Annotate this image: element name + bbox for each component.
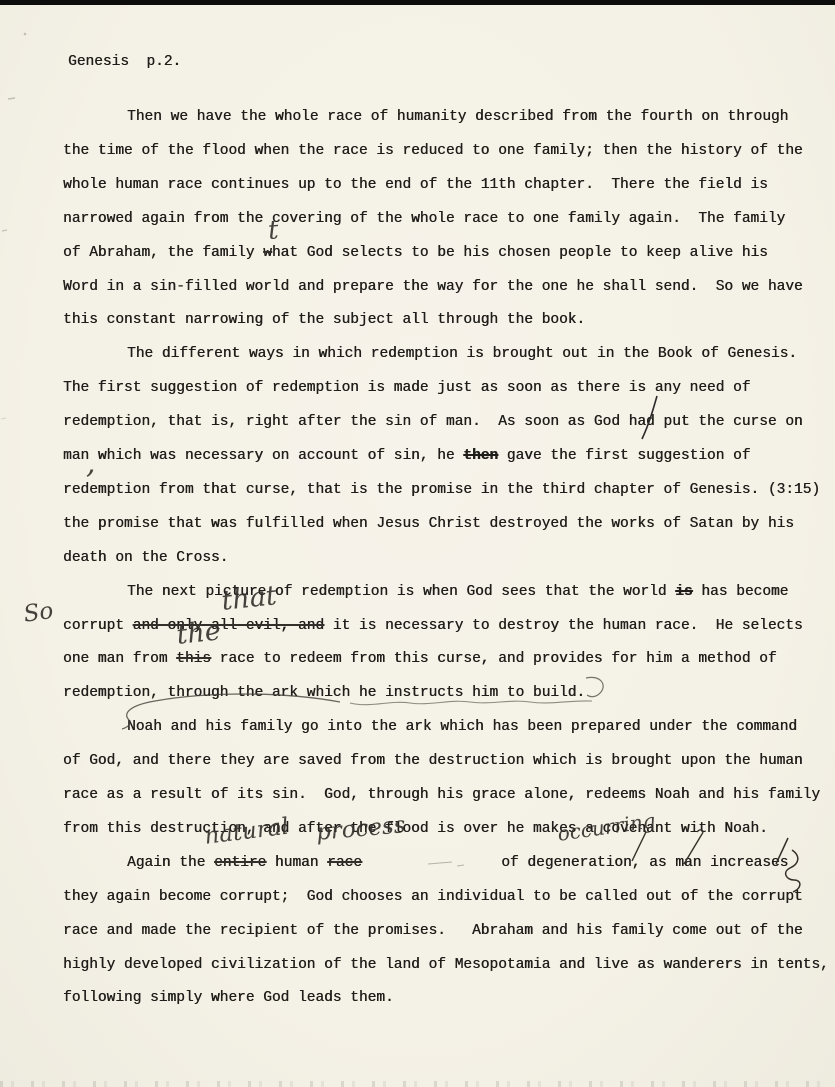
- typed-text: they again become corrupt; God chooses a…: [63, 889, 803, 905]
- typed-text: The next picture of redemption is when G…: [127, 584, 675, 600]
- typed-text: highly developed civilization of the lan…: [63, 957, 829, 973]
- typed-text: man which was necessary on account of si…: [63, 448, 463, 464]
- typed-line: of Abraham, the family what God selects …: [63, 242, 768, 264]
- margin-speck-marks: [1, 33, 26, 419]
- typed-text: one man from: [63, 651, 176, 667]
- typed-line: the promise that was fulfilled when Jesu…: [63, 513, 794, 535]
- typed-text: redemption, through the ark which he ins…: [63, 685, 585, 701]
- handwritten-comma-after-man: ,: [86, 446, 96, 481]
- scan-edge-bottom-noise: [0, 1081, 835, 1087]
- typed-text: from this destruction, and after the flo…: [63, 821, 768, 837]
- typed-line: The different ways in which redemption i…: [127, 343, 797, 365]
- typed-text: of Abraham, the family: [63, 245, 263, 261]
- typed-text: has become: [693, 584, 789, 600]
- typed-text: of degeneration, as man increases: [362, 855, 788, 871]
- typed-text: following simply where God leads them.: [63, 990, 394, 1006]
- scanned-typewritten-page: Genesis p.2. Then we have the whole race…: [0, 0, 835, 1087]
- typed-line: they again become corrupt; God chooses a…: [63, 886, 803, 908]
- typed-text: race as a result of its sin. God, throug…: [63, 787, 820, 803]
- typed-text: Again the: [127, 855, 214, 871]
- curl-mark-after-build: [586, 677, 603, 696]
- typed-text: The first suggestion of redemption is ma…: [63, 380, 750, 396]
- typed-line: man which was necessary on account of si…: [63, 445, 750, 467]
- typed-line: from this destruction, and after the flo…: [63, 818, 768, 840]
- typed-line: death on the Cross.: [63, 547, 228, 569]
- typed-struck-text: is: [675, 584, 692, 600]
- typed-text: the promise that was fulfilled when Jesu…: [63, 516, 794, 532]
- typed-line: redemption, through the ark which he ins…: [63, 682, 585, 704]
- typed-text: Word in a sin-filled world and prepare t…: [63, 279, 803, 295]
- typed-text: the time of the flood when the race is r…: [63, 143, 803, 159]
- typed-line: redemption, that is, right after the sin…: [63, 411, 803, 433]
- handwritten-insert-occurring: occurring: [556, 808, 657, 845]
- pen-struck-text: entire: [214, 855, 266, 871]
- typed-text: this constant narrowing of the subject a…: [63, 312, 585, 328]
- typed-line: race and made the recipient of the promi…: [63, 920, 803, 942]
- typed-text: redemption from that curse, that is the …: [63, 482, 820, 498]
- typed-text: race to redeem from this curse, and prov…: [211, 651, 777, 667]
- typed-line: The first suggestion of redemption is ma…: [63, 377, 750, 399]
- pen-struck-text: race: [327, 855, 362, 871]
- typed-text: Noah and his family go into the ark whic…: [127, 719, 797, 735]
- typed-struck-text: then: [463, 448, 498, 464]
- typed-text: hat God selects to be his chosen people …: [272, 245, 768, 261]
- typed-line: the time of the flood when the race is r…: [63, 140, 803, 162]
- handwritten-insert-t: t: [267, 215, 280, 246]
- typed-text: The different ways in which redemption i…: [127, 346, 797, 362]
- typed-text: corrupt: [63, 618, 133, 634]
- typed-text: it is necessary to destroy the human rac…: [324, 618, 803, 634]
- typed-line: of God, and there they are saved from th…: [63, 750, 803, 772]
- pen-struck-text: and only all evil, and: [133, 618, 324, 634]
- typed-text: race and made the recipient of the promi…: [63, 923, 803, 939]
- handwritten-insert-the: the: [175, 615, 222, 650]
- typed-line: one man from this race to redeem from th…: [63, 648, 777, 670]
- typed-text: of God, and there they are saved from th…: [63, 753, 803, 769]
- typed-line: redemption from that curse, that is the …: [63, 479, 820, 501]
- typed-line: this constant narrowing of the subject a…: [63, 309, 585, 331]
- pen-struck-text: this: [176, 651, 211, 667]
- typed-line: Then we have the whole race of humanity …: [127, 106, 788, 128]
- typed-text: human: [266, 855, 327, 871]
- handwritten-insert-that: that: [220, 580, 278, 617]
- pen-struck-text: w: [263, 245, 272, 261]
- page-title: Genesis p.2.: [68, 54, 181, 70]
- typed-text: death on the Cross.: [63, 550, 228, 566]
- typed-line: Word in a sin-filled world and prepare t…: [63, 276, 803, 298]
- typed-line: highly developed civilization of the lan…: [63, 954, 829, 976]
- typed-text: whole human race continues up to the end…: [63, 177, 768, 193]
- typed-line: narrowed again from the covering of the …: [63, 208, 785, 230]
- typed-line: whole human race continues up to the end…: [63, 174, 768, 196]
- typed-line: corrupt and only all evil, and it is nec…: [63, 615, 803, 637]
- typed-line: Again the entire human race of degenerat…: [127, 852, 788, 874]
- handwritten-margin-so: So: [22, 598, 55, 628]
- typed-line: Noah and his family go into the ark whic…: [127, 716, 797, 738]
- typed-text: narrowed again from the covering of the …: [63, 211, 785, 227]
- typed-line: following simply where God leads them.: [63, 987, 394, 1009]
- typed-text: redemption, that is, right after the sin…: [63, 414, 803, 430]
- typed-text: Then we have the whole race of humanity …: [127, 109, 788, 125]
- typed-line: race as a result of its sin. God, throug…: [63, 784, 820, 806]
- typed-text: gave the first suggestion of: [498, 448, 750, 464]
- scan-edge-top-bar: [0, 0, 835, 5]
